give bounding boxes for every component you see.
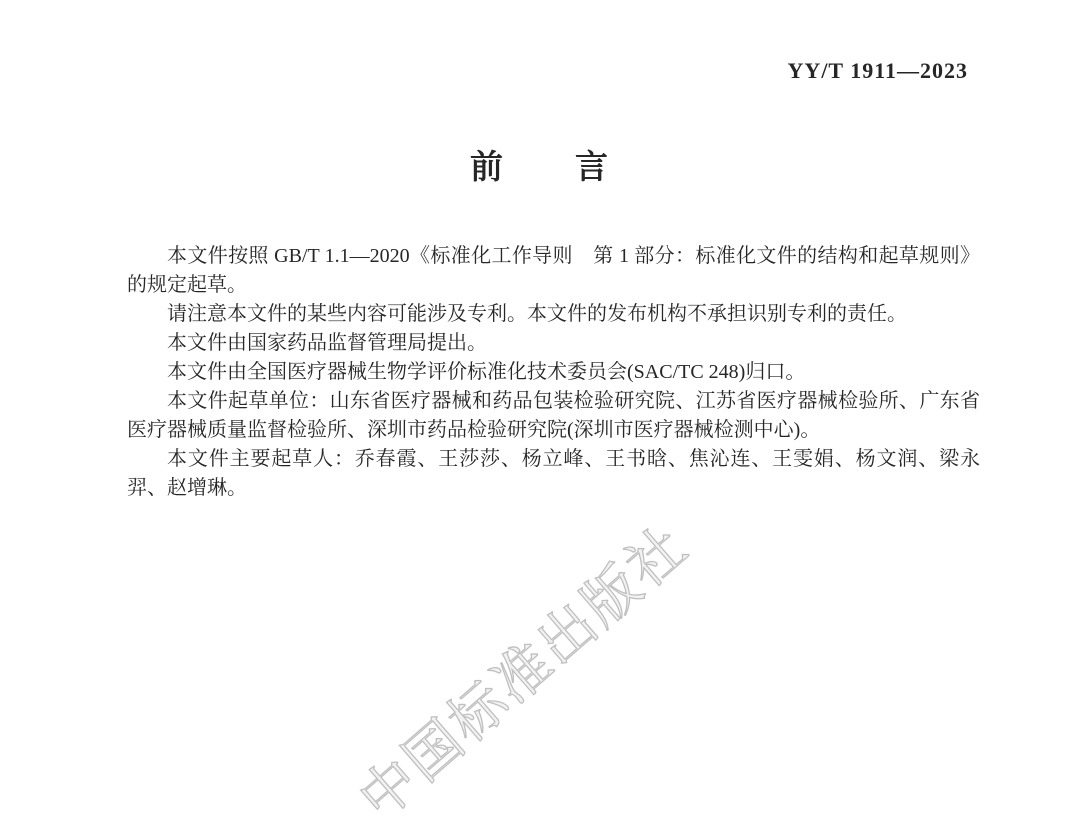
foreword-body: 本文件按照 GB/T 1.1—2020《标准化工作导则 第 1 部分：标准化文件… xyxy=(127,242,980,503)
paragraph-drafting-rules: 本文件按照 GB/T 1.1—2020《标准化工作导则 第 1 部分：标准化文件… xyxy=(127,242,980,300)
publisher-watermark: 中国标准出版社 xyxy=(350,516,698,829)
paragraph-proposed-by: 本文件由国家药品监督管理局提出。 xyxy=(127,329,980,358)
paragraph-centralized-by: 本文件由全国医疗器械生物学评价标准化技术委员会(SAC/TC 248)归口。 xyxy=(127,358,980,387)
foreword-title: 前 言 xyxy=(0,148,1080,186)
paragraph-main-drafters: 本文件主要起草人：乔春霞、王莎莎、杨立峰、王书晗、焦沁连、王雯娟、杨文润、梁永羿… xyxy=(127,445,980,503)
paragraph-patent-notice: 请注意本文件的某些内容可能涉及专利。本文件的发布机构不承担识别专利的责任。 xyxy=(127,300,980,329)
standard-number: YY/T 1911—2023 xyxy=(788,58,968,84)
standard-document-page: YY/T 1911—2023 前 言 本文件按照 GB/T 1.1—2020《标… xyxy=(0,0,1080,838)
paragraph-drafting-organizations: 本文件起草单位：山东省医疗器械和药品包装检验研究院、江苏省医疗器械检验所、广东省… xyxy=(127,387,980,445)
